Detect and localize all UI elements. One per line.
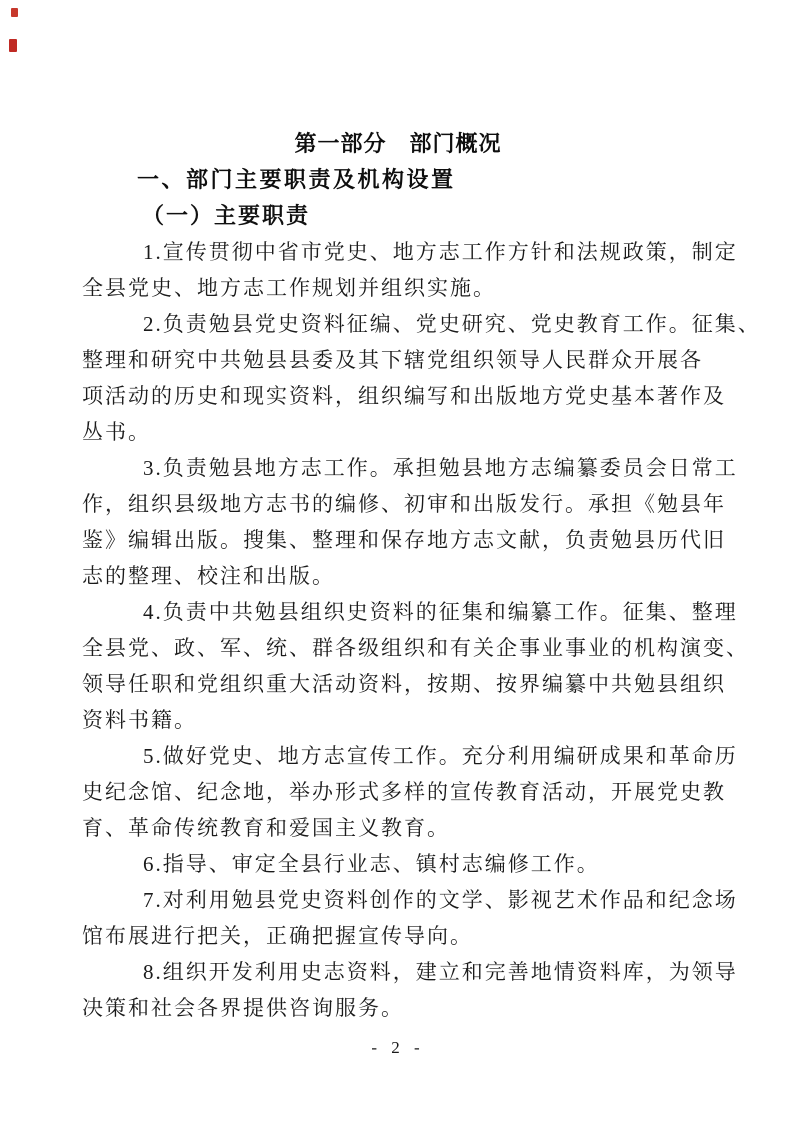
body-paragraph: 3.负责勉县地方志工作。承担勉县地方志编纂委员会日常工 作，组织县级地方志书的编…: [82, 450, 732, 594]
red-ink-speck-top: [11, 8, 18, 17]
body-paragraph: 8.组织开发利用史志资料，建立和完善地情资料库，为领导 决策和社会各界提供咨询服…: [82, 954, 732, 1026]
subsection-heading: （一）主要职责: [82, 198, 732, 234]
red-ink-speck-bottom: [9, 39, 17, 52]
body-paragraph: 1.宣传贯彻中省市党史、地方志工作方针和法规政策，制定 全县党史、地方志工作规划…: [82, 234, 732, 306]
document-page: 第一部分 部门概况 一、部门主要职责及机构设置 （一）主要职责 1.宣传贯彻中省…: [0, 0, 793, 1122]
body-paragraph: 7.对利用勉县党史资料创作的文学、影视艺术作品和纪念场 馆布展进行把关，正确把握…: [82, 882, 732, 954]
document-title: 第一部分 部门概况: [82, 126, 714, 162]
section-heading: 一、部门主要职责及机构设置: [82, 162, 732, 198]
document-content: 第一部分 部门概况 一、部门主要职责及机构设置 （一）主要职责 1.宣传贯彻中省…: [82, 126, 732, 1058]
body-paragraph: 6.指导、审定全县行业志、镇村志编修工作。: [82, 846, 732, 882]
body-paragraph: 5.做好党史、地方志宣传工作。充分利用编研成果和革命历 史纪念馆、纪念地，举办形…: [82, 738, 732, 846]
body-paragraph: 4.负责中共勉县组织史资料的征集和编纂工作。征集、整理 全县党、政、军、统、群各…: [82, 594, 732, 738]
body-paragraph: 2.负责勉县党史资料征编、党史研究、党史教育工作。征集、 整理和研究中共勉县县委…: [82, 306, 732, 450]
page-number: - 2 -: [82, 1038, 714, 1058]
